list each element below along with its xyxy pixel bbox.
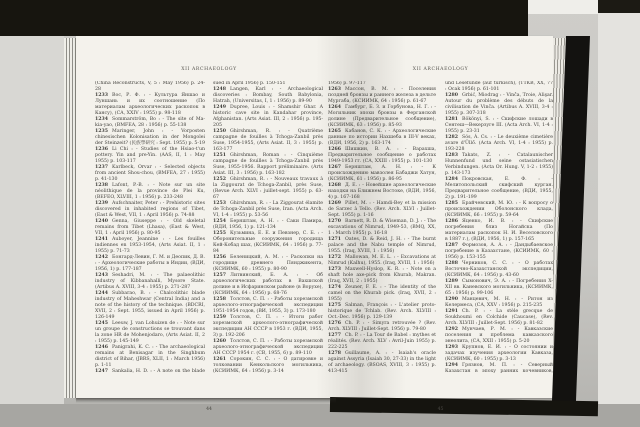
bib-entry: 1286Яценко, И. В. : - Скифские погребени… (445, 219, 553, 243)
entry-number: 1250 (213, 129, 230, 134)
bib-entry: 1290Манцевич, М. Н. : - Ритон из Келерме… (445, 297, 553, 309)
entry-number: 1283 (445, 153, 462, 158)
entry-number: 1247 (95, 369, 112, 373)
bib-entry: 1265Кабанов, С. К. : - Археологические д… (328, 129, 436, 147)
bib-entry: 1264Гамбург, Б. З. и Горбунова, Н. Г. : … (328, 105, 436, 129)
entry-text: Манцевич, М. Н. : - Ритон из Келермеса, … (445, 297, 553, 308)
photo-background-right (598, 13, 640, 427)
entry-text: Сорокин, С. С. : - О датировке и толкова… (213, 357, 323, 373)
entry-text: Bökönyi, S. : - Скифские лошади в Сентеш… (445, 117, 553, 134)
bib-entry: 1285Брайчевский, М. Ю. : - К вопросу о п… (445, 201, 553, 219)
entry-text: Формозов, А. А. : - Дандыбаевское погреб… (445, 243, 553, 260)
bib-entry: 1243Seshadri, M. : - The palaeolithic in… (95, 273, 205, 291)
entry-number: 1278 (328, 351, 345, 356)
entry-number: 1268 (328, 183, 345, 188)
bib-entry: 1252Ghirshman, R. : - Nouveaux travaux à… (213, 177, 323, 201)
photo-background-left (0, 36, 64, 427)
bib-entry: 1282Sós, Á. Cs. : - Le deuxième cimetièr… (445, 135, 553, 153)
bib-entry: 1284Покровская, Е. Ф. : - Мелитопольский… (445, 177, 553, 201)
bib-entry: 1274Zeuner, F. E. : - The identity of th… (328, 285, 436, 303)
entry-number: 1253 (213, 201, 230, 206)
entry-text: Sommarström, Bo : - The site of Ma-kia-y… (95, 117, 205, 128)
bib-entry: und Lesefunde (auf türkisch), (TTKB, XX,… (445, 81, 553, 93)
bib-entry: 1289Сымонович, Э. А. : - Погребения X-XI… (445, 279, 553, 297)
entry-text: Ghirshman, R. : - Nouveaux travaux à la … (213, 177, 323, 200)
entry-text: Genna, Giuseppe : - Old skeletal remains… (95, 219, 205, 236)
entry-text: Grbić, Miodrag : - Vinča, Troie, Alişar.… (445, 93, 553, 116)
entry-text: Sankalia, H. D. : - A note on the blade … (95, 369, 205, 373)
entry-number: 1292 (445, 327, 462, 332)
bib-entry: 1273Maxwell-Hyslop, K. R. : - Note on a … (328, 267, 436, 285)
entry-number: 1244 (95, 291, 112, 296)
entry-number: 1241 (95, 237, 112, 242)
entry-text: Pillet, M. : - Hamdi-Bey et la mission d… (328, 201, 436, 218)
bib-entry: 1276Ch. P. : - Simyra retrouvée ? (Rev. … (328, 321, 436, 333)
entry-text: Крупнов, Е. И. : - О состоянии и задачах… (445, 345, 553, 362)
bib-entry: 1235Maringer, John : - Vorposten chinesi… (95, 129, 205, 147)
entry-number: 1235 (95, 129, 112, 134)
entry-text: Guillaume, A. : - Isaiah's oracle agains… (328, 351, 436, 373)
bib-entry: 1240Genna, Giuseppe : - Old skeletal rem… (95, 219, 205, 237)
entry-text: Ch. P. : - Simyra retrouvée ? (Rev. Arch… (328, 321, 436, 332)
entry-number: 1293 (445, 345, 462, 350)
entry-text: Литвинский, Б. А. : - Об археологических… (213, 273, 323, 296)
bib-entry: 1269Pillet, M. : - Hamdi-Bey et la missi… (328, 201, 436, 219)
entry-text: Массон, В. М. : - Поселения поздней брон… (328, 87, 436, 104)
entry-text: Ghirshman, R. : - La Ziggourat élamite d… (213, 201, 323, 218)
entry-text: Мунчаев, Р. М. : - Кавказские поселения … (445, 327, 553, 344)
entry-text: Бернштам, А. Н. : - Саки Памира, (ВДИ, 1… (213, 219, 323, 230)
entry-number: 1287 (445, 243, 462, 248)
entry-number: 1249 (213, 105, 230, 110)
entry-text: Беленицкий, А. М. : - Раскопки на городи… (213, 255, 323, 272)
bib-entry: (China Reconstructs, V, 5 : May 1956) p.… (95, 81, 205, 93)
entry-number: 1276 (328, 321, 345, 326)
bib-entry: 1275Salman, François : - L'atelier proto… (328, 303, 436, 321)
book-left-page-edges (64, 38, 76, 398)
entry-text: Seshadri, M. : - The palaeolithic indust… (95, 273, 205, 290)
right-page-column-1: 1956) p. 97-1171263Массон, В. М. : - Пос… (328, 81, 436, 373)
bib-entry: 1283Takats, Z. : - Catalaunischer Hunnen… (445, 153, 553, 177)
entry-text: sued in April 1956) p. 150-151 (213, 81, 286, 86)
entry-number: 1245 (95, 321, 112, 326)
bib-entry: 1239Aufschnaiter, Peter : - Prehistoric … (95, 201, 205, 219)
bib-entry: 1233Вос, Р. Ф. : - Культура Яншао и Лунш… (95, 93, 205, 117)
entry-text: Грязнов, М. П. : - Северный Казахстан в … (445, 363, 553, 373)
entry-text: Ghirshman, Roman : - Cinquième campagne … (213, 153, 323, 176)
right-page-header: XII ARCHAEOLOGY (328, 67, 553, 73)
entry-number: 1243 (95, 273, 112, 278)
entry-number: 1277 (328, 333, 345, 338)
entry-text: Li Chi : - Studies of the Hsiao-t'un pot… (95, 147, 205, 164)
entry-number: 1251 (213, 153, 230, 158)
entry-number: 1239 (95, 201, 112, 206)
bib-entry: 1256Беленицкий, А. М. : - Раскопки на го… (213, 255, 323, 273)
entry-text: Sós, Á. Cs. : - Le deuxième cimetière av… (445, 135, 553, 152)
bib-entry: 1261Сорокин, С. С. : - О датировке и тол… (213, 357, 323, 373)
bib-entry: 1292Мунчаев, Р. М. : - Кавказские поселе… (445, 327, 553, 345)
entry-number: 1285 (445, 201, 462, 206)
entry-text: Panigrahi, K. C. : - The archaeological … (95, 345, 205, 368)
bib-entry: 1242Бонгард-Левин, Г. М. и Деопик, Д. В.… (95, 255, 205, 273)
entry-text: Вос, Р. Ф. : - Культура Яншао и Луншань … (95, 93, 205, 116)
entry-text: und Lesefunde (auf türkisch), (TTKB, XX,… (445, 81, 553, 92)
entry-number: 1289 (445, 279, 462, 284)
entry-text: 1956) p. 97-117 (328, 81, 366, 86)
entry-number: 1294 (445, 363, 462, 368)
bib-entry: 1236Li Chi : - Studies of the Hsiao-t'un… (95, 147, 205, 165)
bib-entry: 1241Auboyer, Jeannine : - Les fouilles i… (95, 237, 205, 255)
entry-number: 1291 (445, 309, 462, 314)
bib-entry: 1287Формозов, А. А. : - Дандыбаевское по… (445, 243, 553, 261)
bib-entry: 1266Шишкин, В. А. : - Варахша, Предварит… (328, 147, 436, 165)
entry-number: 1280 (445, 93, 462, 98)
entry-text: Шишкин, В. А. : - Варахша, Предварительн… (328, 147, 436, 164)
left-page-columns: (China Reconstructs, V, 5 : May 1956) p.… (95, 81, 323, 373)
bib-entry: 1293Крупнов, Е. И. : - О состоянии и зад… (445, 345, 553, 363)
bib-entry: 1254Бернштам, А. Н. : - Саки Памира, (ВД… (213, 219, 323, 231)
left-page-column-1: (China Reconstructs, V, 5 : May 1956) p.… (95, 81, 205, 373)
bib-entry: 1238Lafont, P.-B. : - Note sur un site n… (95, 183, 205, 201)
entry-number: 1256 (213, 255, 230, 260)
bib-entry: 1280Grbić, Miodrag : - Vinča, Troie, Ali… (445, 93, 553, 117)
entry-text: Leeuw, J. van Lohuizen de : - Note sur u… (95, 321, 205, 344)
bib-entry: 1249Dupree, Louis : - Shamshir Ghar. A h… (213, 105, 323, 129)
entry-number: 1259 (213, 315, 230, 320)
bib-entry: 1258Толстов, С. П. : - Работы хорезмской… (213, 297, 323, 315)
right-page: XII ARCHAEOLOGY 1956) p. 97-1171263Массо… (328, 67, 553, 427)
entry-number: 1263 (328, 87, 345, 92)
entry-text: Takats, Z. : - Catalaunischer Hunnenfund… (445, 153, 553, 176)
entry-text: Subbarao, B. : - Chalcolithic blade indu… (95, 291, 205, 320)
bib-entry: 1244Subbarao, B. : - Chalcolithic blade … (95, 291, 205, 321)
bib-entry: 1253Ghirshman, R. : - La Ziggourat élami… (213, 201, 323, 219)
entry-text: Гамбург, Б. З. и Горбунова, Н. Г. : - Мо… (328, 105, 436, 128)
entry-text: Salman, François : - L'atelier proto-his… (328, 303, 436, 320)
entry-number: 1261 (213, 357, 230, 362)
entry-number: 1272 (328, 255, 345, 260)
entry-text: Dupree, Louis : - Shamshir Ghar. A histo… (213, 105, 323, 128)
entry-text: Брайчевский, М. Ю. : - К вопросу о проис… (445, 201, 553, 218)
entry-number: 1234 (95, 117, 112, 122)
bib-entry: 1263Массон, В. М. : - Поселения поздней … (328, 87, 436, 105)
entry-number: 1281 (445, 117, 462, 122)
bib-entry: 1288Черников, С. С. : - О работах Восточ… (445, 261, 553, 279)
entry-text: (China Reconstructs, V, 5 : May 1956) p.… (95, 81, 205, 92)
entry-number: 1237 (95, 165, 112, 170)
entry-text: Maxwell-Hyslop, K. R. : - Note on a shaf… (328, 267, 436, 284)
entry-text: Толстов, С. П. : - Итоги работ хорезмско… (213, 315, 323, 338)
bib-entry: 1257Литвинский, Б. А. : - Об археологиче… (213, 273, 323, 297)
entry-text: Ch. P. : - La stèle grecque de Soukhoumi… (445, 309, 553, 326)
entry-number: 1258 (213, 297, 230, 302)
entry-text: Oates, D. & Reid, J. H. : - The burnt pa… (328, 237, 436, 254)
entry-text: Barnett, R. D. & Wiseman, D. J. : - The … (328, 219, 436, 236)
bib-entry: 1251Ghirshman, Roman : - Cinquième campa… (213, 153, 323, 177)
entry-number: 1266 (328, 147, 345, 152)
entry-number: 1236 (95, 147, 112, 152)
entry-text: Толстов, С. П. : - Работы хорезмской арх… (213, 297, 323, 314)
entry-number: 1248 (213, 87, 230, 92)
entry-text: Langen, Karl : - Archaeological discover… (213, 87, 323, 104)
entry-number: 1269 (328, 201, 345, 206)
entry-number: 1240 (95, 219, 112, 224)
bib-entry: 1294Грязнов, М. П. : - Северный Казахста… (445, 363, 553, 373)
entry-text: Aufschnaiter, Peter : - Prehistoric site… (95, 201, 205, 218)
entry-text: Karlbeck, Orvar : - Selected objects fro… (95, 165, 205, 182)
left-page-header: XII ARCHAEOLOGY (95, 67, 323, 73)
bib-entry: 1259Толстов, С. П. : - Итоги работ хорез… (213, 315, 323, 339)
photo-background-corner (598, 0, 640, 13)
entry-number: 1233 (95, 93, 112, 98)
bib-entry: 1245Leeuw, J. van Lohuizen de : - Note s… (95, 321, 205, 345)
entry-text: Lafont, P.-B. : - Note sur un site néoli… (95, 183, 205, 200)
entry-text: Д. Е. : - Новейшие археологические наход… (328, 183, 436, 200)
entry-text: Кузьмина, Е. Е. и Певзнер, С. Б. : - Обо… (213, 231, 323, 254)
bib-entry: 1248Langen, Karl : - Archaeological disc… (213, 87, 323, 105)
bib-entry: 1255Кузьмина, Е. Е. и Певзнер, С. Б. : -… (213, 231, 323, 255)
entry-number: 1238 (95, 183, 112, 188)
entry-number: 1288 (445, 261, 462, 266)
right-page-columns: 1956) p. 97-1171263Массон, В. М. : - Пос… (328, 81, 553, 373)
bib-entry: 1246Panigrahi, K. C. : - The archaeologi… (95, 345, 205, 369)
entry-text: Черников, С. С. : - О работах Восточно-К… (445, 261, 553, 278)
entry-number: 1273 (328, 267, 345, 272)
bib-entry: 1277Ch. P. : - La Tour de Babel : mythes… (328, 333, 436, 351)
entry-number: 1274 (328, 285, 345, 290)
bib-entry: 1247Sankalia, H. D. : - A note on the bl… (95, 369, 205, 373)
bib-entry: 1267Бернштам, А. Н. : - К происхождению … (328, 165, 436, 183)
entry-number: 1260 (213, 339, 230, 344)
entry-number: 1242 (95, 255, 112, 260)
bib-entry: 1270Barnett, R. D. & Wiseman, D. J. : - … (328, 219, 436, 237)
entry-text: Покровская, Е. Ф. : - Мелитопольский ски… (445, 177, 553, 200)
entry-number: 1267 (328, 165, 345, 170)
entry-number: 1284 (445, 177, 462, 182)
left-page-number: 44 (95, 407, 323, 412)
entry-text: Ghirshman, R. : - Quatrième campagne de … (213, 129, 323, 152)
right-page-number: 45 (328, 407, 553, 412)
left-page: XII ARCHAEOLOGY (China Reconstructs, V, … (95, 67, 323, 427)
entry-text: Maringer, John : - Vorposten chinesische… (95, 129, 205, 146)
entry-text: Бонгард-Левин, Г. М. и Деопик, Д. В. : -… (95, 255, 205, 272)
entry-text: Zeuner, F. E. : - The identity of the ca… (328, 285, 436, 302)
bib-entry: 1272Mallowan, M. E. L. : - Excavations a… (328, 255, 436, 267)
entry-number: 1290 (445, 297, 462, 302)
photo-background-top-band (0, 0, 528, 36)
entry-text: Кабанов, С. К. : - Археологические данны… (328, 129, 436, 146)
photo-background-strip (528, 0, 598, 14)
bib-entry: 1281Bökönyi, S. : - Скифские лошади в Се… (445, 117, 553, 135)
entry-number: 1282 (445, 135, 462, 140)
entry-number: 1255 (213, 231, 230, 236)
entry-text: Яценко, И. В. : - Скифские погребения бл… (445, 219, 553, 242)
entry-number: 1275 (328, 303, 345, 308)
entry-text: Толстов, С. П. : - Работы хорезмской арх… (213, 339, 323, 356)
entry-text: Ch. P. : - La Tour de Babel : mythes et … (328, 333, 436, 350)
bib-entry: 1234Sommarström, Bo : - The site of Ma-k… (95, 117, 205, 129)
bib-entry: 1260Толстов, С. П. : - Работы хорезмской… (213, 339, 323, 357)
entry-text: Auboyer, Jeannine : - Les fouilles indie… (95, 237, 205, 254)
right-page-column-2: und Lesefunde (auf türkisch), (TTKB, XX,… (445, 81, 553, 373)
entry-number: 1246 (95, 345, 112, 350)
entry-number: 1271 (328, 237, 345, 242)
bib-entry: 1271Oates, D. & Reid, J. H. : - The burn… (328, 237, 436, 255)
left-page-column-2: sued in April 1956) p. 150-1511248Langen… (213, 81, 323, 373)
bib-entry: 1291Ch. P. : - La stèle grecque de Soukh… (445, 309, 553, 327)
entry-number: 1254 (213, 219, 230, 224)
bib-entry: 1250Ghirshman, R. : - Quatrième campagne… (213, 129, 323, 153)
bib-entry: 1278Guillaume, A. : - Isaiah's oracle ag… (328, 351, 436, 373)
entry-number: 1257 (213, 273, 230, 278)
entry-text: Бернштам, А. Н. : - К происхождению мавз… (328, 165, 436, 182)
entry-number: 1270 (328, 219, 345, 224)
entry-number: 1264 (328, 105, 345, 110)
entry-text: Сымонович, Э. А. : - Погребения X-XII вв… (445, 279, 553, 296)
entry-text: Mallowan, M. E. L. : - Excavations at Ni… (328, 255, 436, 266)
bib-entry: 1237Karlbeck, Orvar : - Selected objects… (95, 165, 205, 183)
entry-number: 1265 (328, 129, 345, 134)
entry-number: 1252 (213, 177, 230, 182)
bib-entry: 1268Д. Е. : - Новейшие археологические н… (328, 183, 436, 201)
entry-number: 1286 (445, 219, 462, 224)
